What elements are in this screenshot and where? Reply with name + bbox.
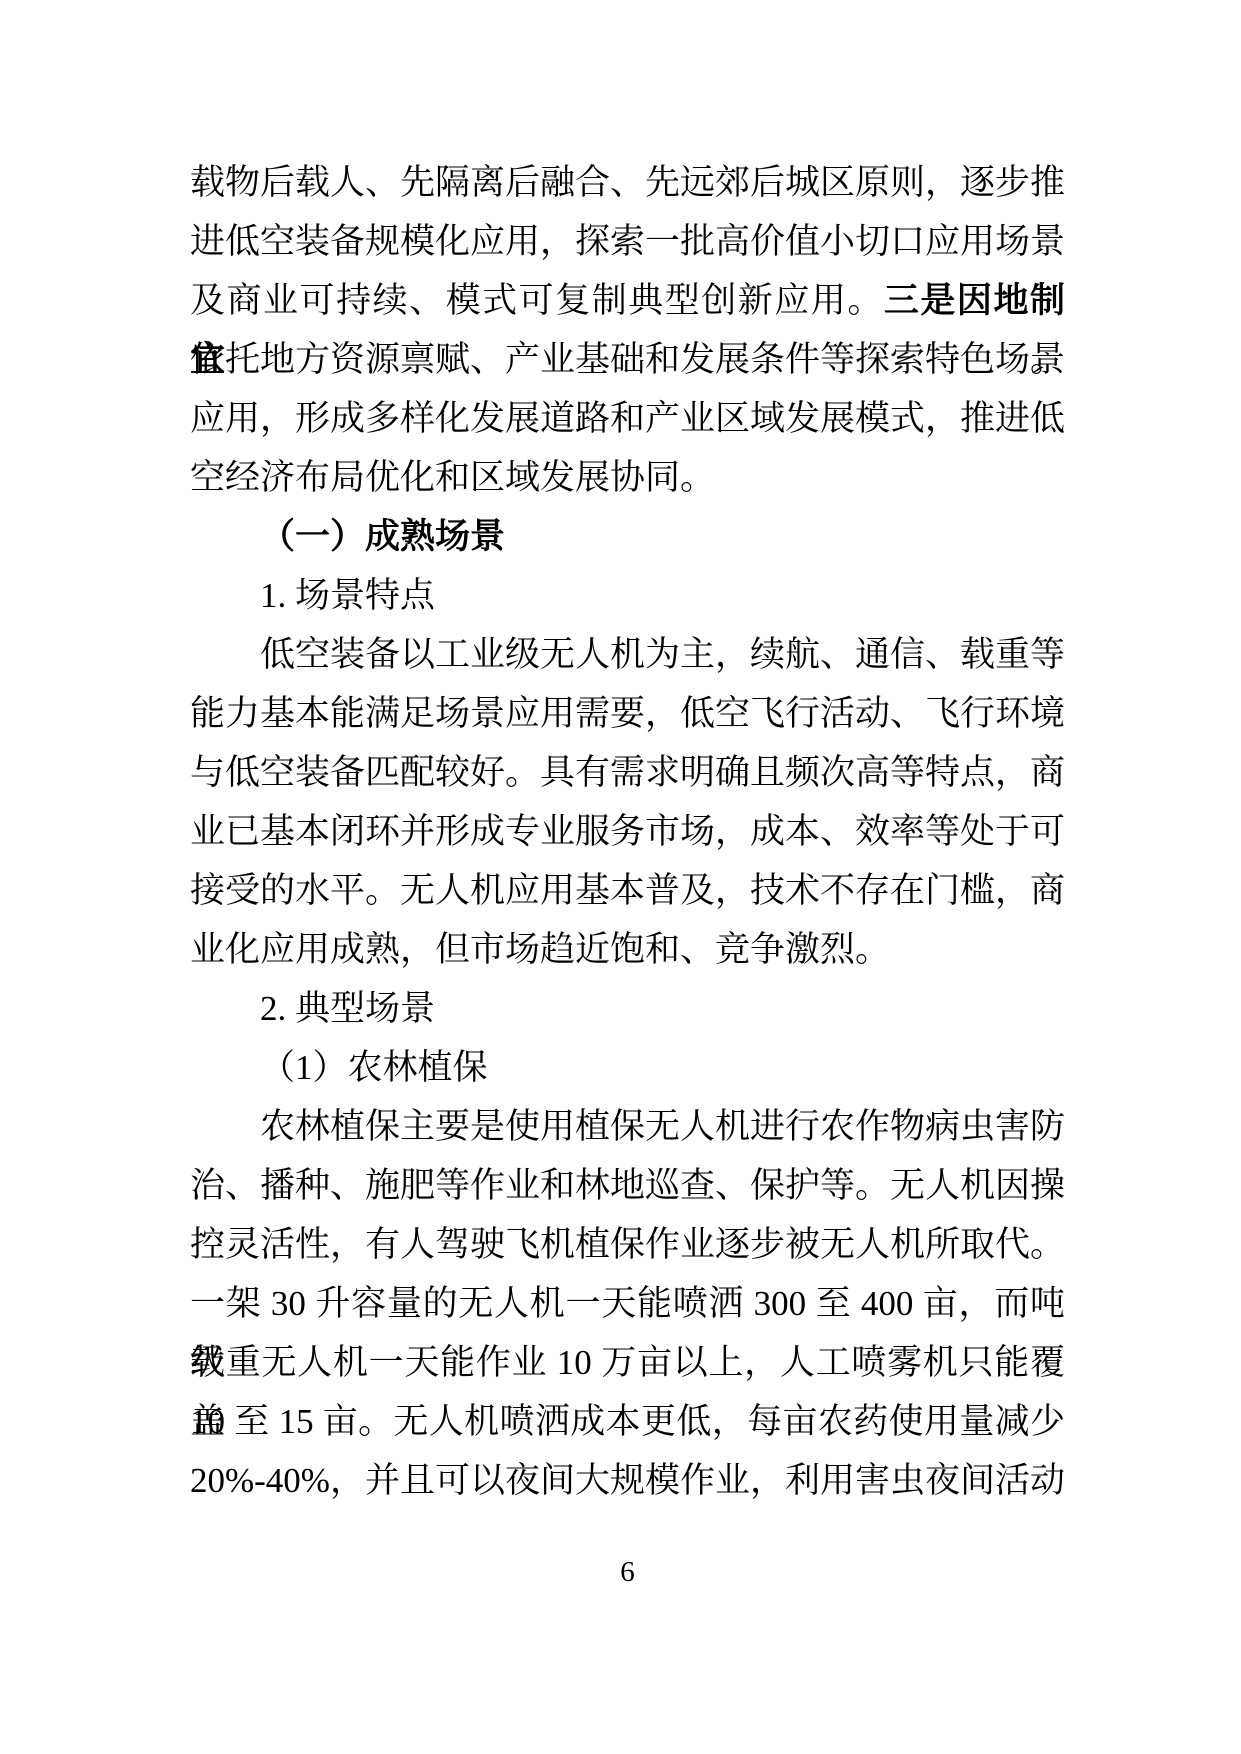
body-line: 10 至 15 亩。无人机喷洒成本更低，每亩农药使用量减少: [190, 1392, 1065, 1451]
body-line: 低空装备以工业级无人机为主，续航、通信、载重等: [190, 625, 1065, 684]
text-segment: 能力基本能满足场景应用需要，低空飞行活动、飞行环境: [190, 694, 1065, 733]
body-line: 应用，形成多样化发展道路和产业区域发展模式，推进低: [190, 389, 1065, 448]
page-number: 6: [190, 1543, 1065, 1602]
sub-heading: （1）农林植保: [190, 1038, 1065, 1097]
text-segment: 低空装备以工业级无人机为主，续航、通信、载重等: [260, 635, 1065, 674]
text-segment: 依托地方资源禀赋、产业基础和发展条件等探索特色场景: [190, 340, 1065, 379]
sub-heading: 2. 典型场景: [190, 979, 1065, 1038]
body-line: 进低空装备规模化应用，探索一批高价值小切口应用场景: [190, 212, 1065, 271]
body-line: 接受的水平。无人机应用基本普及，技术不存在门槛，商: [190, 861, 1065, 920]
document-page: 载物后载人、先隔离后融合、先远郊后城区原则，逐步推进低空装备规模化应用，探索一批…: [0, 0, 1241, 1754]
body-line: 治、播种、施肥等作业和林地巡查、保护等。无人机因操: [190, 1156, 1065, 1215]
text-segment: （1）农林植保: [260, 1048, 488, 1087]
body-line: 载物后载人、先隔离后融合、先远郊后城区原则，逐步推: [190, 153, 1065, 212]
text-segment: 及商业可持续、模式可复制典型创新应用。: [190, 281, 884, 320]
text-segment: 2. 典型场景: [260, 989, 435, 1028]
body-line: 20%-40%，并且可以夜间大规模作业，利用害虫夜间活动: [190, 1451, 1065, 1510]
text-segment: 业已基本闭环并形成专业服务市场，成本、效率等处于可: [190, 812, 1065, 851]
text-segment: 20%-40%，并且可以夜间大规模作业，利用害虫夜间活动: [190, 1461, 1065, 1500]
text-segment: 应用，形成多样化发展道路和产业区域发展模式，推进低: [190, 399, 1065, 438]
body-line: 业已基本闭环并形成专业服务市场，成本、效率等处于可: [190, 802, 1065, 861]
section-heading: （一）成熟场景: [190, 507, 1065, 566]
body-line: 控灵活性，有人驾驶飞机植保作业逐步被无人机所取代。: [190, 1215, 1065, 1274]
body-line: 农林植保主要是使用植保无人机进行农作物病虫害防: [190, 1097, 1065, 1156]
body-line: 载重无人机一天能作业 10 万亩以上，人工喷雾机只能覆盖: [190, 1333, 1065, 1392]
text-segment: 控灵活性，有人驾驶飞机植保作业逐步被无人机所取代。: [190, 1225, 1065, 1264]
bold-emphasis: （一）成熟场景: [260, 517, 505, 556]
text-segment: 载物后载人、先隔离后融合、先远郊后城区原则，逐步推: [190, 163, 1065, 202]
body-line: 与低空装备匹配较好。具有需求明确且频次高等特点，商: [190, 743, 1065, 802]
text-segment: 1. 场景特点: [260, 576, 435, 615]
document-body: 载物后载人、先隔离后融合、先远郊后城区原则，逐步推进低空装备规模化应用，探索一批…: [190, 153, 1065, 1510]
body-line: 依托地方资源禀赋、产业基础和发展条件等探索特色场景: [190, 330, 1065, 389]
text-segment: 治、播种、施肥等作业和林地巡查、保护等。无人机因操: [190, 1166, 1065, 1205]
body-line: 能力基本能满足场景应用需要，低空飞行活动、飞行环境: [190, 684, 1065, 743]
text-segment: 空经济布局优化和区域发展协同。: [190, 458, 715, 497]
text-segment: 与低空装备匹配较好。具有需求明确且频次高等特点，商: [190, 753, 1065, 792]
body-line: 一架 30 升容量的无人机一天能喷洒 300 至 400 亩，而吨级: [190, 1274, 1065, 1333]
text-segment: 进低空装备规模化应用，探索一批高价值小切口应用场景: [190, 222, 1065, 261]
body-line: 空经济布局优化和区域发展协同。: [190, 448, 1065, 507]
sub-heading: 1. 场景特点: [190, 566, 1065, 625]
body-line: 及商业可持续、模式可复制典型创新应用。三是因地制宜。: [190, 271, 1065, 330]
text-segment: 10 至 15 亩。无人机喷洒成本更低，每亩农药使用量减少: [190, 1402, 1065, 1441]
body-line: 业化应用成熟，但市场趋近饱和、竞争激烈。: [190, 920, 1065, 979]
text-segment: 业化应用成熟，但市场趋近饱和、竞争激烈。: [190, 930, 890, 969]
text-segment: 接受的水平。无人机应用基本普及，技术不存在门槛，商: [190, 871, 1065, 910]
text-segment: 农林植保主要是使用植保无人机进行农作物病虫害防: [260, 1107, 1065, 1146]
